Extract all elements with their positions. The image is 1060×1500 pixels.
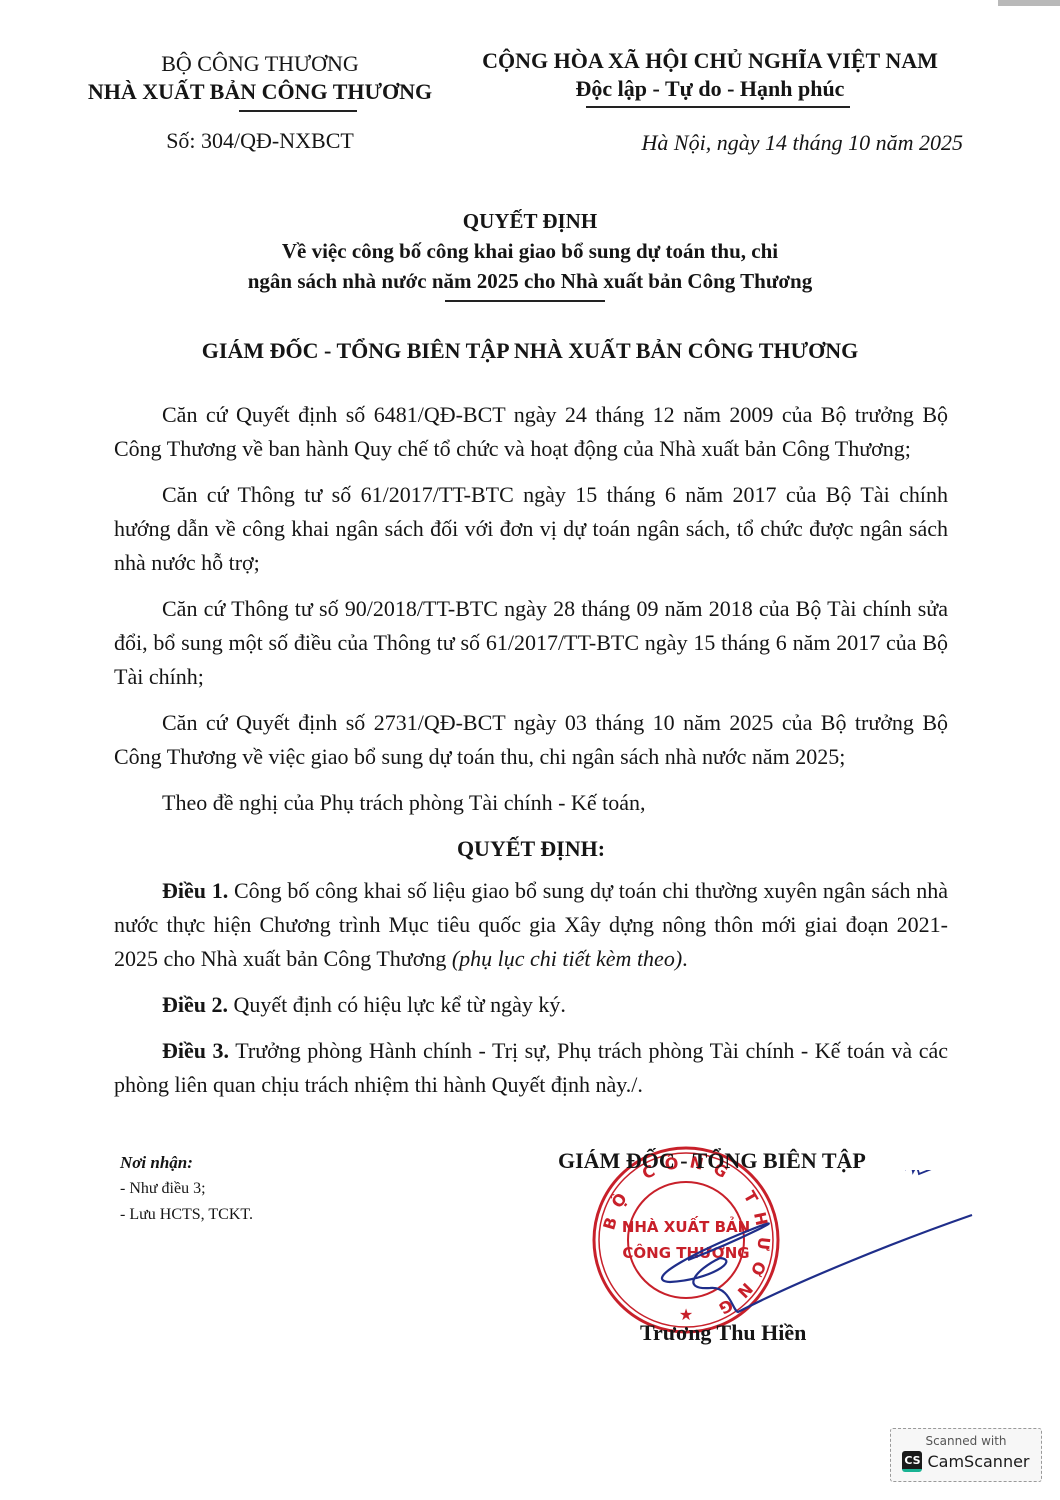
title-underline	[445, 300, 605, 302]
recipients-block: Nơi nhận: - Như điều 3; - Lưu HCTS, TCKT…	[120, 1150, 253, 1228]
legal-basis: Căn cứ Thông tư số 61/2017/TT-BTC ngày 1…	[114, 478, 948, 580]
document-type: QUYẾT ĐỊNH	[0, 206, 1060, 236]
recipient-item: - Lưu HCTS, TCKT.	[120, 1202, 253, 1228]
organization-underline	[239, 110, 357, 112]
article-label: Điều 1.	[162, 878, 228, 903]
appendix-note: (phụ lục chi tiết kèm theo)	[452, 946, 682, 971]
organization-name: NHÀ XUẤT BẢN CÔNG THƯƠNG	[60, 78, 460, 106]
issuer-header: BỘ CÔNG THƯƠNG NHÀ XUẤT BẢN CÔNG THƯƠNG …	[60, 50, 460, 154]
national-header: CỘNG HÒA XÃ HỘI CHỦ NGHĨA VIỆT NAM Độc l…	[440, 48, 980, 108]
ministry-name: BỘ CÔNG THƯƠNG	[60, 50, 460, 78]
scan-edge-mark	[998, 0, 1060, 6]
proposal-basis: Theo đề nghị của Phụ trách phòng Tài chí…	[114, 786, 948, 820]
document-body: Căn cứ Quyết định số 6481/QĐ-BCT ngày 24…	[114, 398, 948, 1114]
subject-line-1: Về việc công bố công khai giao bổ sung d…	[0, 236, 1060, 266]
handwritten-signature-icon	[600, 1170, 980, 1320]
article-label: Điều 3.	[162, 1038, 229, 1063]
camscanner-brand: CamScanner	[927, 1452, 1029, 1471]
legal-basis: Căn cứ Thông tư số 90/2018/TT-BTC ngày 2…	[114, 592, 948, 694]
decision-heading: QUYẾT ĐỊNH:	[114, 832, 948, 866]
camscanner-logo-icon: CS	[902, 1451, 922, 1472]
issuing-authority: GIÁM ĐỐC - TỔNG BIÊN TẬP NHÀ XUẤT BẢN CÔ…	[0, 338, 1060, 364]
legal-basis: Căn cứ Quyết định số 2731/QĐ-BCT ngày 03…	[114, 706, 948, 774]
subject-line-2: ngân sách nhà nước năm 2025 cho Nhà xuất…	[0, 266, 1060, 296]
document-title: QUYẾT ĐỊNH Về việc công bố công khai gia…	[0, 206, 1060, 302]
article-2: Điều 2. Quyết định có hiệu lực kể từ ngà…	[114, 988, 948, 1022]
national-motto: Độc lập - Tự do - Hạnh phúc	[440, 74, 980, 104]
article-label: Điều 2.	[162, 992, 228, 1017]
article-1: Điều 1. Công bố công khai số liệu giao b…	[114, 874, 948, 976]
article-3: Điều 3. Trưởng phòng Hành chính - Trị sự…	[114, 1034, 948, 1102]
place-date: Hà Nội, ngày 14 tháng 10 năm 2025	[642, 130, 963, 156]
country-name: CỘNG HÒA XÃ HỘI CHỦ NGHĨA VIỆT NAM	[440, 48, 980, 74]
motto-underline	[586, 106, 850, 108]
signer-name: Trương Thu Hiền	[640, 1320, 806, 1346]
legal-basis: Căn cứ Quyết định số 6481/QĐ-BCT ngày 24…	[114, 398, 948, 466]
recipient-item: - Như điều 3;	[120, 1176, 253, 1202]
camscanner-badge: Scanned with CS CamScanner	[890, 1428, 1042, 1482]
scanned-with-caption: Scanned with	[891, 1434, 1041, 1448]
recipients-heading: Nơi nhận:	[120, 1150, 253, 1176]
document-number: Số: 304/QĐ-NXBCT	[60, 128, 460, 154]
